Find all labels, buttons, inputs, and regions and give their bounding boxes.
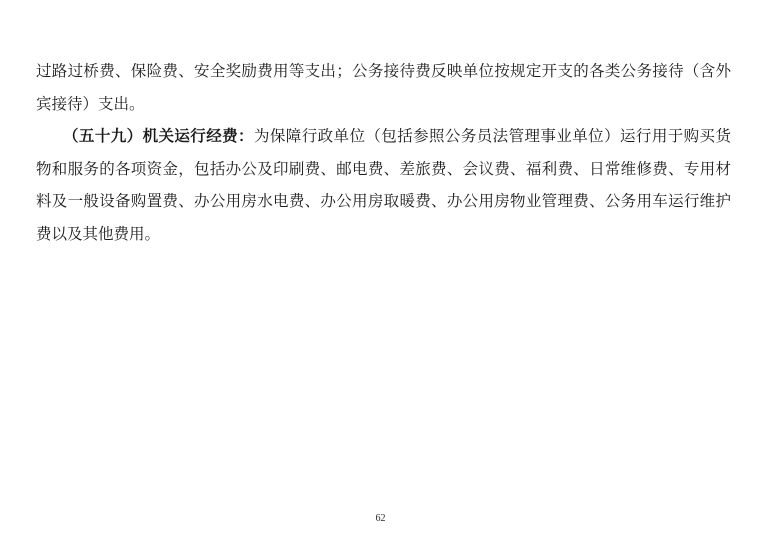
body-text: 为保障行政单位（包括参照公务员法管理事业单位）运行用于购买货 xyxy=(254,128,731,145)
paragraph: （五十九）机关运行经费：为保障行政单位（包括参照公务员法管理事业单位）运行用于购… xyxy=(36,121,731,251)
body-text-line: 物和服务的各项资金，包括办公及印刷费、邮电费、差旅费、会议费、福利费、日常维修费… xyxy=(36,154,731,187)
body-text-line: 过路过桥费、保险费、安全奖励费用等支出；公务接待费反映单位按规定开支的各类公务接… xyxy=(36,56,731,89)
body-text-line: 宾接待）支出。 xyxy=(36,89,731,122)
paragraph: 过路过桥费、保险费、安全奖励费用等支出；公务接待费反映单位按规定开支的各类公务接… xyxy=(36,56,731,121)
page-number: 62 xyxy=(0,512,761,526)
section-heading: （五十九）机关运行经费： xyxy=(63,128,254,145)
body-text-line: 料及一般设备购置费、办公用房水电费、办公用房取暖费、办公用房物业管理费、公务用车… xyxy=(36,186,731,219)
body-text-line: 费以及其他费用。 xyxy=(36,219,731,252)
document-body: 过路过桥费、保险费、安全奖励费用等支出；公务接待费反映单位按规定开支的各类公务接… xyxy=(36,56,731,251)
document-page: 过路过桥费、保险费、安全奖励费用等支出；公务接待费反映单位按规定开支的各类公务接… xyxy=(0,0,761,559)
body-text-line: （五十九）机关运行经费：为保障行政单位（包括参照公务员法管理事业单位）运行用于购… xyxy=(36,121,731,154)
